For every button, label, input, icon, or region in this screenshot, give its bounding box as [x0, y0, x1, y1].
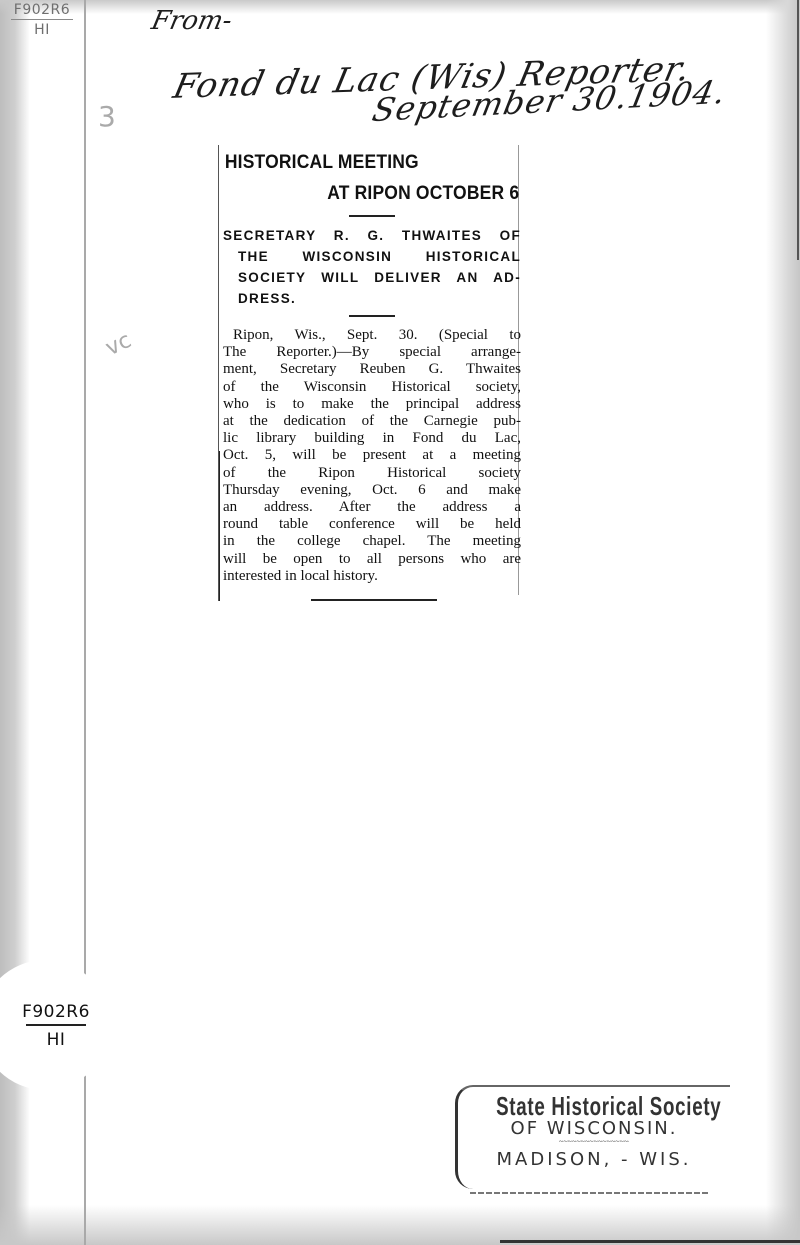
body-line: who is to make the principal address: [223, 396, 521, 413]
body-line: of the Wisconsin Historical society,: [223, 379, 521, 396]
body-line: interested in local history.: [223, 568, 521, 585]
newspaper-clipping: HISTORICAL MEETING AT RIPON OCTOBER 6 SE…: [218, 145, 523, 601]
catalog-code: F902R6: [0, 2, 84, 18]
stamp-city: MADISON, - WIS.: [458, 1149, 730, 1170]
subhead-line: THE WISCONSIN HISTORICAL: [223, 246, 521, 267]
library-stamp: State Historical Society OF WISCONSIN. ~…: [455, 1085, 730, 1189]
scan-edge-right: [766, 0, 800, 1245]
scan-edge-right-line: [797, 0, 799, 260]
scan-edge-bottom: [0, 1205, 800, 1245]
catalog-code-rule: [11, 19, 73, 20]
body-line: of the Ripon Historical society: [223, 465, 521, 482]
body-line: will be open to all persons who are: [223, 551, 521, 568]
subhead-rule: [349, 315, 395, 317]
body-line: lic library building in Fond du Lac,: [223, 430, 521, 447]
scan-edge-bottom-line: [500, 1240, 800, 1243]
end-rule: [311, 599, 437, 601]
body-line: The Reporter.)—By special arrange-: [223, 344, 521, 361]
clipping-subhead: SECRETARY R. G. THWAITES OF THE WISCONSI…: [223, 225, 521, 309]
body-line: Thursday evening, Oct. 6 and make: [223, 482, 521, 499]
stamp-wavy-rule: ~~~~~~~~~~~~~~~~~~~~: [559, 1139, 629, 1145]
handwritten-from: From-: [149, 6, 235, 36]
body-line: at the dedication of the Carnegie pub-: [223, 413, 521, 430]
catalog-code-rule: [26, 1024, 86, 1026]
body-line: round table conference will be held: [223, 516, 521, 533]
pencil-check-mark: vc: [102, 328, 135, 361]
catalog-code: F902R6: [22, 1002, 90, 1022]
subhead-line: DRESS.: [223, 288, 521, 309]
catalog-subcode: HI: [0, 1030, 112, 1050]
catalog-code-top: F902R6 HI: [0, 2, 84, 38]
body-line: ment, Secretary Reuben G. Thwaites: [223, 361, 521, 378]
catalog-code-bottom: F902R6 HI: [0, 1002, 112, 1050]
pencil-page-number: 3: [98, 100, 116, 133]
subhead-line: SECRETARY R. G. THWAITES OF: [223, 225, 521, 246]
body-line: an address. After the address a: [223, 499, 521, 516]
headline-line: AT RIPON OCTOBER 6: [223, 178, 523, 209]
body-line: in the college chapel. The meeting: [223, 533, 521, 550]
body-line: Oct. 5, will be present at a meeting: [223, 447, 521, 464]
clipping-headline: HISTORICAL MEETING AT RIPON OCTOBER 6: [223, 147, 497, 209]
document-page: F902R6 HI F902R6 HI From- Fond du Lac (W…: [0, 0, 800, 1245]
body-line: Ripon, Wis., Sept. 30. (Special to: [223, 327, 521, 344]
catalog-subcode: HI: [0, 22, 84, 38]
subhead-line: SOCIETY WILL DELIVER AN AD-: [223, 267, 521, 288]
scan-edge-top: [0, 0, 800, 14]
stamp-institution: State Historical Society: [496, 1091, 692, 1122]
headline-line: HISTORICAL MEETING: [223, 147, 497, 178]
clipping-body: Ripon, Wis., Sept. 30. (Special to The R…: [223, 327, 521, 585]
headline-rule: [349, 215, 395, 217]
stamp-bottom-border: [470, 1192, 710, 1194]
